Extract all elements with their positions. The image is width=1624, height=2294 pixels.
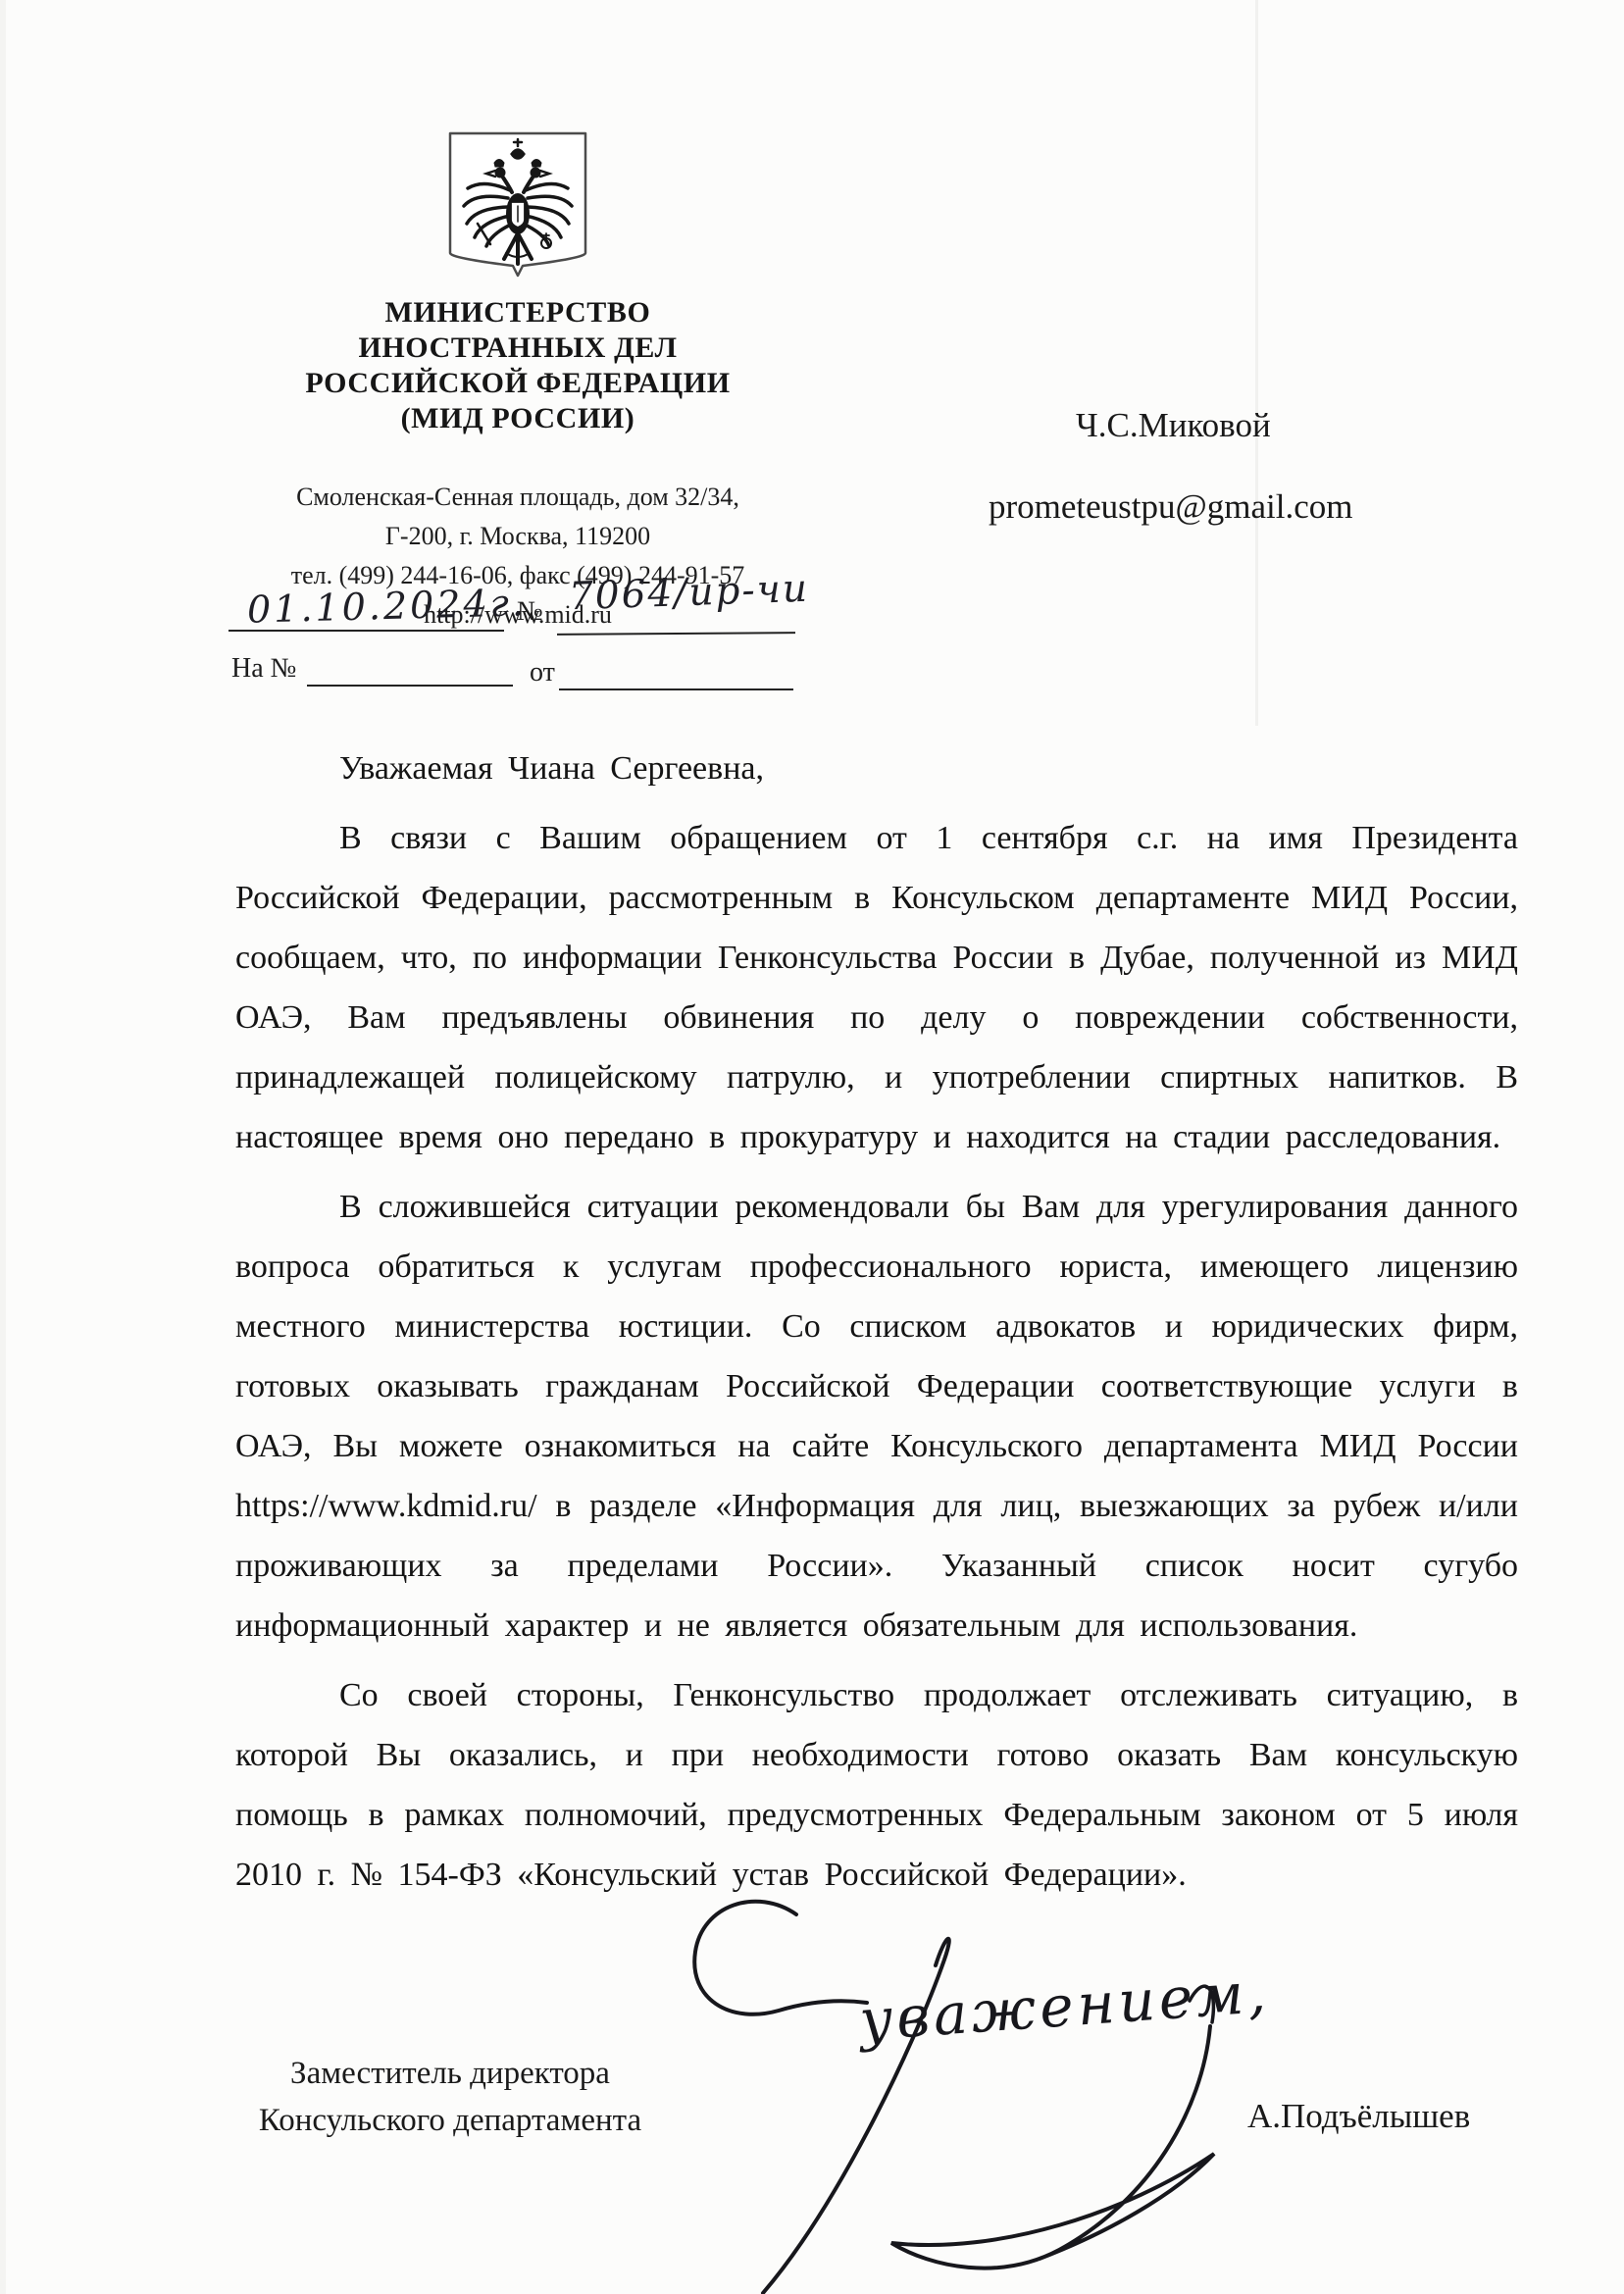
signer-position: Заместитель директора Консульского депар… [230, 2050, 670, 2144]
handwritten-closing: уважением, [854, 1959, 1271, 2054]
salutation: Уважаемая Чиана Сергеевна, [235, 739, 1518, 798]
reply-number-underline [307, 685, 513, 687]
ministry-line: МИНИСТЕРСТВО [224, 295, 812, 331]
ministry-name: МИНИСТЕРСТВО ИНОСТРАННЫХ ДЕЛ РОССИЙСКОЙ … [224, 295, 812, 436]
signer-position-line: Консульского департамента [230, 2097, 670, 2144]
scan-edge-shadow [0, 0, 6, 2294]
reply-to-number-label: На № [231, 653, 296, 685]
address-line: Г-200, г. Москва, 119200 [224, 517, 812, 556]
letter-page: МИНИСТЕРСТВО ИНОСТРАННЫХ ДЕЛ РОССИЙСКОЙ … [0, 0, 1624, 2294]
letter-body: Уважаемая Чиана Сергеевна, В связи с Ваш… [235, 739, 1518, 1905]
address-line: Смоленская-Сенная площадь, дом 32/34, [224, 478, 812, 517]
reply-date-label: от [530, 657, 555, 688]
number-underline [557, 632, 795, 636]
ministry-line: ИНОСТРАННЫХ ДЕЛ [224, 331, 812, 366]
russia-coat-of-arms-icon [444, 127, 591, 282]
recipient-email: prometeustpu@gmail.com [989, 487, 1352, 527]
ministry-line: РОССИЙСКОЙ ФЕДЕРАЦИИ [224, 366, 812, 401]
signer-position-line: Заместитель директора [230, 2050, 670, 2097]
body-paragraph: В связи с Вашим обращением от 1 сентября… [235, 808, 1518, 1167]
signer-name: А.Подъёлышев [1247, 2097, 1470, 2136]
letterhead: МИНИСТЕРСТВО ИНОСТРАННЫХ ДЕЛ РОССИЙСКОЙ … [224, 127, 812, 635]
body-paragraph: В сложившейся ситуации рекомендовали бы … [235, 1177, 1518, 1656]
number-sign-label: № [517, 596, 543, 628]
handwritten-outgoing-number: 7064/ир-чи [568, 567, 809, 620]
date-underline [228, 630, 504, 632]
reply-date-underline [559, 688, 793, 690]
handwritten-date: 01.10.2024г. [246, 581, 527, 631]
body-paragraph: Со своей стороны, Генконсульство продолж… [235, 1665, 1518, 1905]
recipient-name: Ч.С.Миковой [1076, 406, 1271, 445]
scan-fold-line [1255, 0, 1258, 726]
ministry-line: (МИД РОССИИ) [224, 401, 812, 436]
